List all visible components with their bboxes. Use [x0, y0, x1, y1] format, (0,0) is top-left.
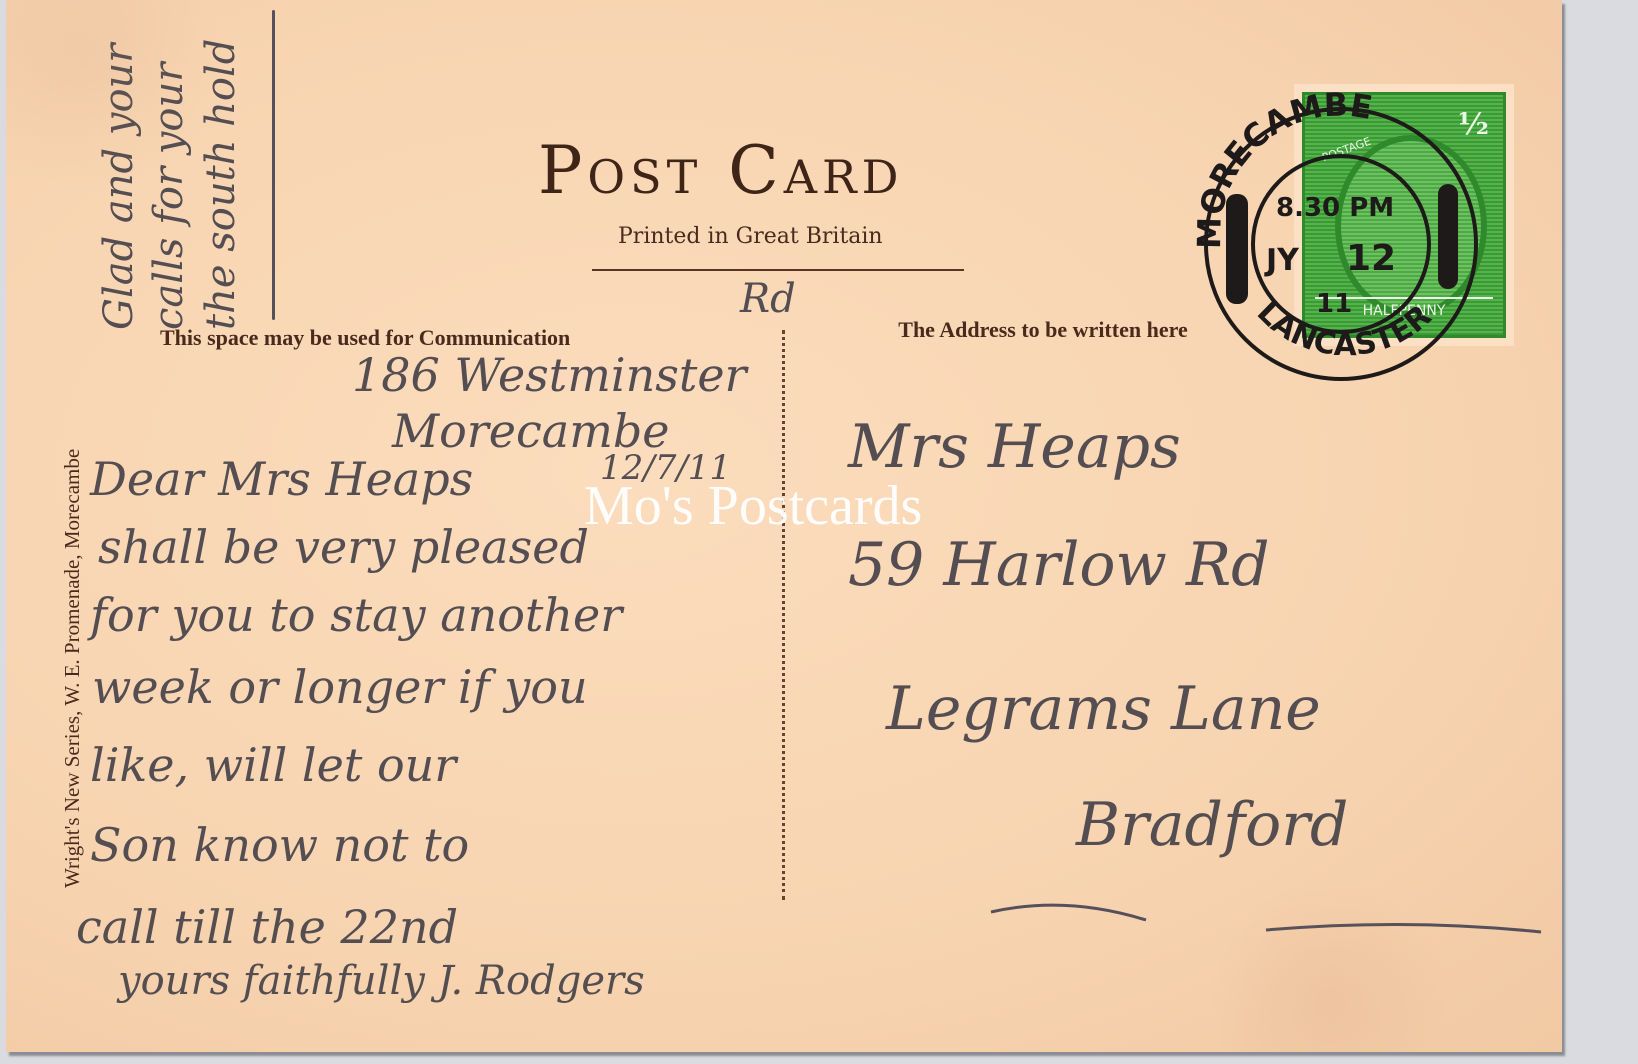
message-line: like, will let our — [90, 738, 456, 792]
message-signoff: yours faithfully J. Rodgers — [118, 958, 645, 1004]
center-divider — [782, 330, 785, 900]
postmark-icon: MORECAMBE LANCASTER 8.30 PM JY 12 11 — [1186, 84, 1496, 384]
margin-note-line: calls for your — [146, 63, 192, 330]
message-line: week or longer if you — [92, 660, 588, 714]
svg-text:MORECAMBE: MORECAMBE — [1190, 85, 1375, 249]
recipient-street: 59 Harlow Rd — [848, 530, 1270, 600]
postmark-time: 8.30 PM — [1276, 193, 1394, 223]
postmark-town: MORECAMBE — [1190, 85, 1375, 249]
postmark-year: 11 — [1316, 289, 1352, 319]
watermark: Mo's Postcards — [584, 474, 922, 538]
sender-address-line1: 186 Westminster — [352, 348, 747, 402]
recipient-name: Mrs Heaps — [848, 412, 1181, 482]
margin-note-line: Glad and your — [96, 44, 142, 330]
message-line: shall be very pleased — [98, 520, 589, 574]
message-line: Dear Mrs Heaps — [90, 452, 473, 506]
printed-in-label: Printed in Great Britain — [618, 224, 883, 249]
address-underline — [986, 890, 1546, 950]
message-line: Son know not to — [90, 818, 469, 872]
message-line: call till the 22nd — [76, 900, 458, 954]
address-label: The Address to be written here — [888, 315, 1198, 345]
message-line: for you to stay another — [90, 588, 622, 642]
recipient-area: Legrams Lane — [886, 674, 1321, 744]
publisher-imprint: Wright's New Series, W. E. Promenade, Mo… — [60, 449, 85, 888]
postcard-back: Post Card Printed in Great Britain This … — [6, 0, 1562, 1052]
postmark-month: JY — [1264, 243, 1300, 278]
recipient-city: Bradford — [1076, 790, 1348, 860]
margin-note-line: the south hold — [198, 39, 244, 330]
postmark-day: 12 — [1346, 238, 1396, 279]
post-card-title: Post Card — [538, 132, 904, 209]
header-rule — [592, 269, 964, 271]
sender-road: Rd — [740, 276, 796, 322]
margin-line-mark — [272, 10, 275, 320]
